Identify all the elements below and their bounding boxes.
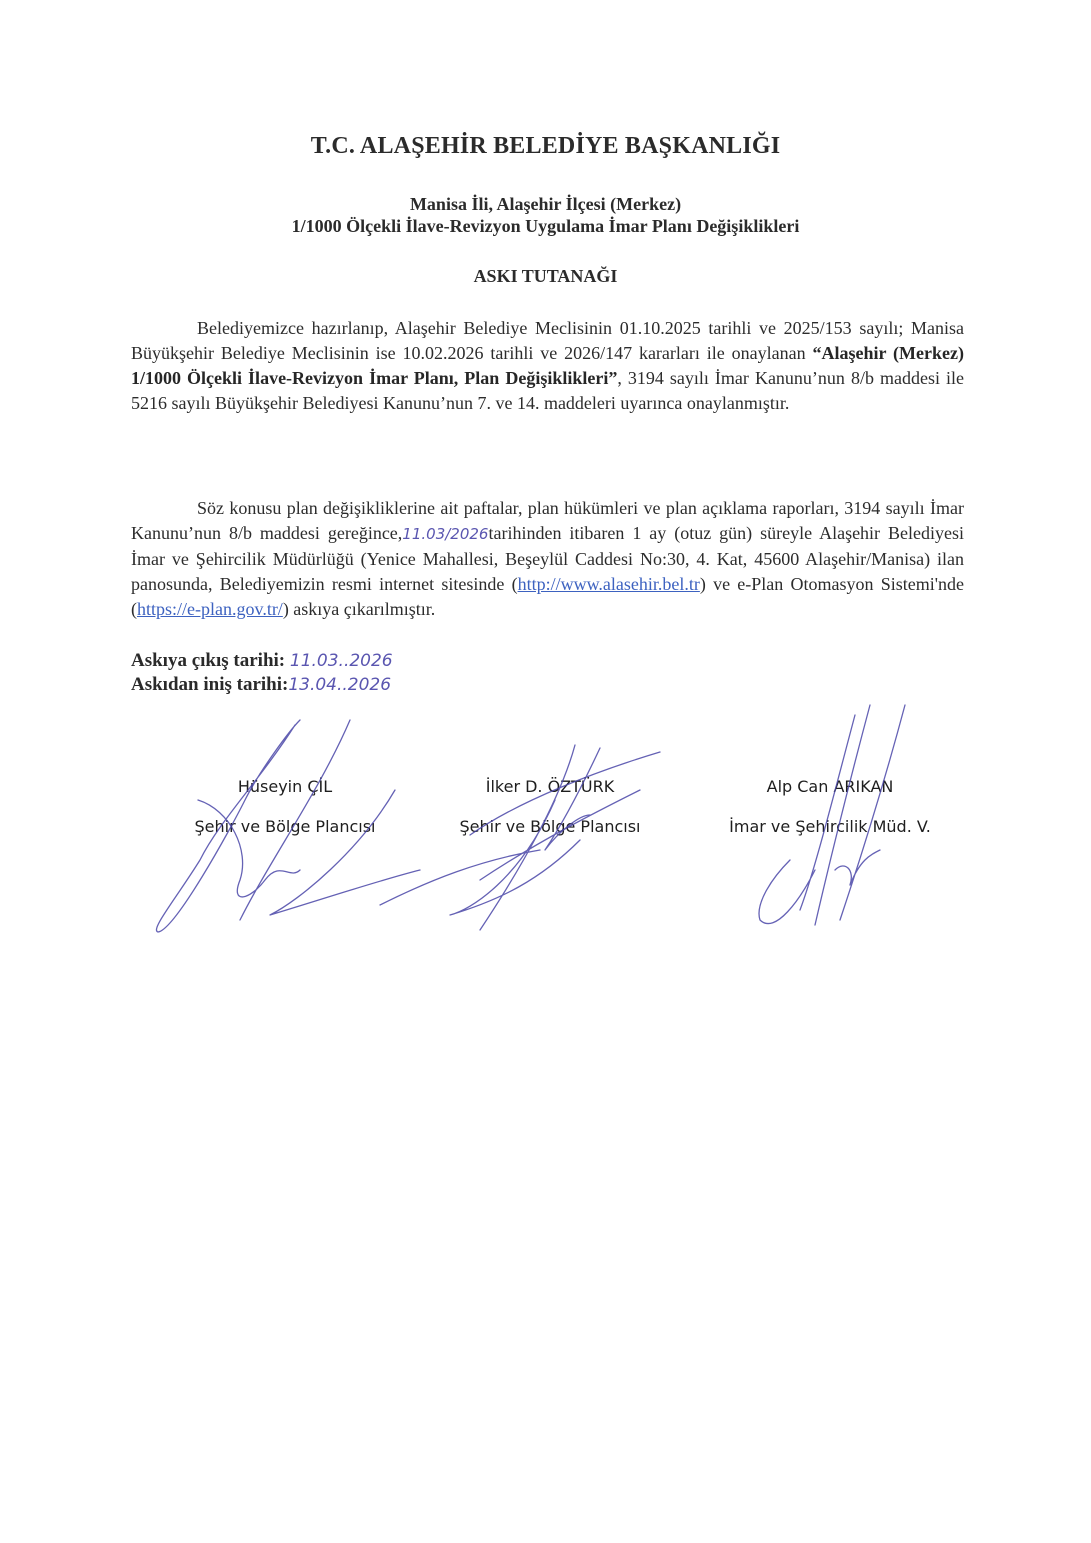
posting-date-value: 11.03..2026	[290, 651, 393, 671]
eplan-website-link[interactable]: https://e-plan.gov.tr/	[137, 599, 283, 619]
paragraph-posting: Söz konusu plan değişikliklerine ait paf…	[131, 496, 964, 622]
municipality-website-link[interactable]: http://www.alasehir.bel.tr	[518, 574, 700, 594]
signatory-name: Alp Can ARIKAN	[705, 776, 955, 816]
signatory-2: İlker D. ÖZTÜRK Şehir ve Bölge Plancısı	[440, 776, 660, 838]
posting-dates: Askıya çıkış tarihi: 11.03..2026 Askıdan…	[131, 649, 393, 697]
signatory-name: İlker D. ÖZTÜRK	[440, 776, 660, 816]
handwritten-start-date: 11.03/2026	[402, 525, 488, 543]
removal-date-label: Askıdan iniş tarihi:	[131, 674, 288, 695]
posting-date-row: Askıya çıkış tarihi: 11.03..2026	[131, 649, 393, 673]
institution-title: T.C. ALAŞEHİR BELEDİYE BAŞKANLIĞI	[0, 133, 1091, 160]
subtitle-plan: 1/1000 Ölçekli İlave-Revizyon Uygulama İ…	[0, 216, 1091, 237]
removal-date-value: 13.04..2026	[288, 675, 391, 695]
paragraph-approval: Belediyemizce hazırlanıp, Alaşehir Beled…	[131, 316, 964, 416]
removal-date-row: Askıdan iniş tarihi:13.04..2026	[131, 673, 393, 697]
signatory-1: Hüseyin ÇİL Şehir ve Bölge Plancısı	[180, 776, 390, 838]
document-heading: ASKI TUTANAĞI	[0, 266, 1091, 287]
document-page: T.C. ALAŞEHİR BELEDİYE BAŞKANLIĞI Manisa…	[0, 0, 1091, 1543]
signatory-3: Alp Can ARIKAN İmar ve Şehircilik Müd. V…	[705, 776, 955, 838]
signatory-role: İmar ve Şehircilik Müd. V.	[705, 816, 955, 838]
signatory-role: Şehir ve Bölge Plancısı	[180, 816, 390, 838]
paragraph-posting-text-4: ) askıya çıkarılmıştır.	[283, 599, 435, 619]
posting-date-label: Askıya çıkış tarihi:	[131, 650, 290, 671]
signatory-role: Şehir ve Bölge Plancısı	[440, 816, 660, 838]
signatory-name: Hüseyin ÇİL	[180, 776, 390, 816]
subtitle-location: Manisa İli, Alaşehir İlçesi (Merkez)	[0, 194, 1091, 215]
